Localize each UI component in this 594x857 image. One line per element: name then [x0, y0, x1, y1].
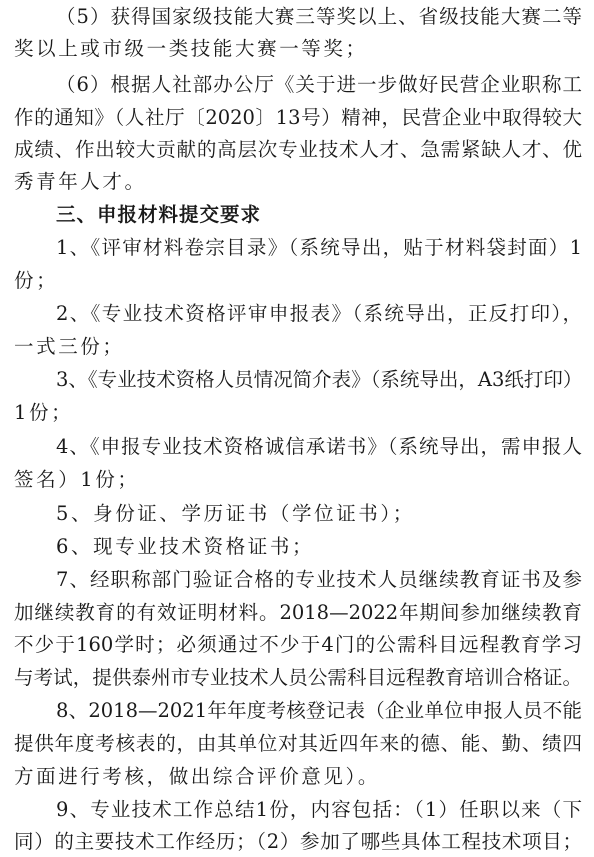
text-line: 方面进行考核，做出综合评价意见）。: [14, 760, 582, 793]
text-line: 同）的主要技术工作经历；（2）参加了哪些具体工程技术项目；: [14, 825, 582, 857]
text-line: 成绩、作出较大贡献的高层次专业技术人才、急需紧缺人才、优: [14, 133, 582, 166]
text-line: 5、身份证、学历证书（学位证书）；: [56, 497, 582, 530]
section-heading: 三、申报材料提交要求: [56, 198, 582, 231]
text-line: 6、现专业技术资格证书；: [56, 530, 582, 563]
text-line: 与考试，提供泰州市专业技术人员公需科目远程教育培训合格证。: [14, 661, 582, 694]
text-line: （6）根据人社部办公厅《关于进一步做好民营企业职称工: [56, 68, 582, 101]
text-line: 份；: [14, 264, 582, 297]
text-line: 秀青年人才。: [14, 165, 582, 198]
text-line: 作的通知》（人社厅〔2020〕13号）精神，民营企业中取得较大: [14, 101, 582, 134]
text-line: 3、《专业技术资格人员情况简介表》（系统导出，A3纸打印）: [56, 363, 582, 396]
text-line: 1、《评审材料卷宗目录》（系统导出，贴于材料袋封面）1: [56, 231, 582, 264]
text-line: 一式三份；: [14, 330, 582, 363]
text-line: 9、专业技术工作总结1份，内容包括：（1）任职以来（下: [56, 793, 582, 826]
text-line: 签名）1份；: [14, 463, 582, 496]
text-line: 2、《专业技术资格评审申报表》（系统导出，正反打印），: [56, 297, 582, 330]
text-line: 加继续教育的有效证明材料。2018—2022年期间参加继续教育: [14, 596, 582, 629]
document-page: （5）获得国家级技能大赛三等奖以上、省级技能大赛二等奖以上或市级一类技能大赛一等…: [0, 0, 594, 857]
text-line: 奖以上或市级一类技能大赛一等奖；: [14, 32, 582, 65]
text-line: （5）获得国家级技能大赛三等奖以上、省级技能大赛二等: [56, 0, 582, 33]
text-line: 提供年度考核表的，由其单位对其近四年来的德、能、勤、绩四: [14, 727, 582, 760]
text-line: 4、《申报专业技术资格诚信承诺书》（系统导出，需申报人: [56, 430, 582, 463]
text-line: 8、2018—2021年年度考核登记表（企业单位申报人员不能: [56, 694, 582, 727]
text-line: 不少于160学时；必须通过不少于4门的公需科目远程教育学习: [14, 628, 582, 661]
text-line: 1份；: [14, 396, 582, 429]
text-line: 7、经职称部门验证合格的专业技术人员继续教育证书及参: [56, 563, 582, 596]
